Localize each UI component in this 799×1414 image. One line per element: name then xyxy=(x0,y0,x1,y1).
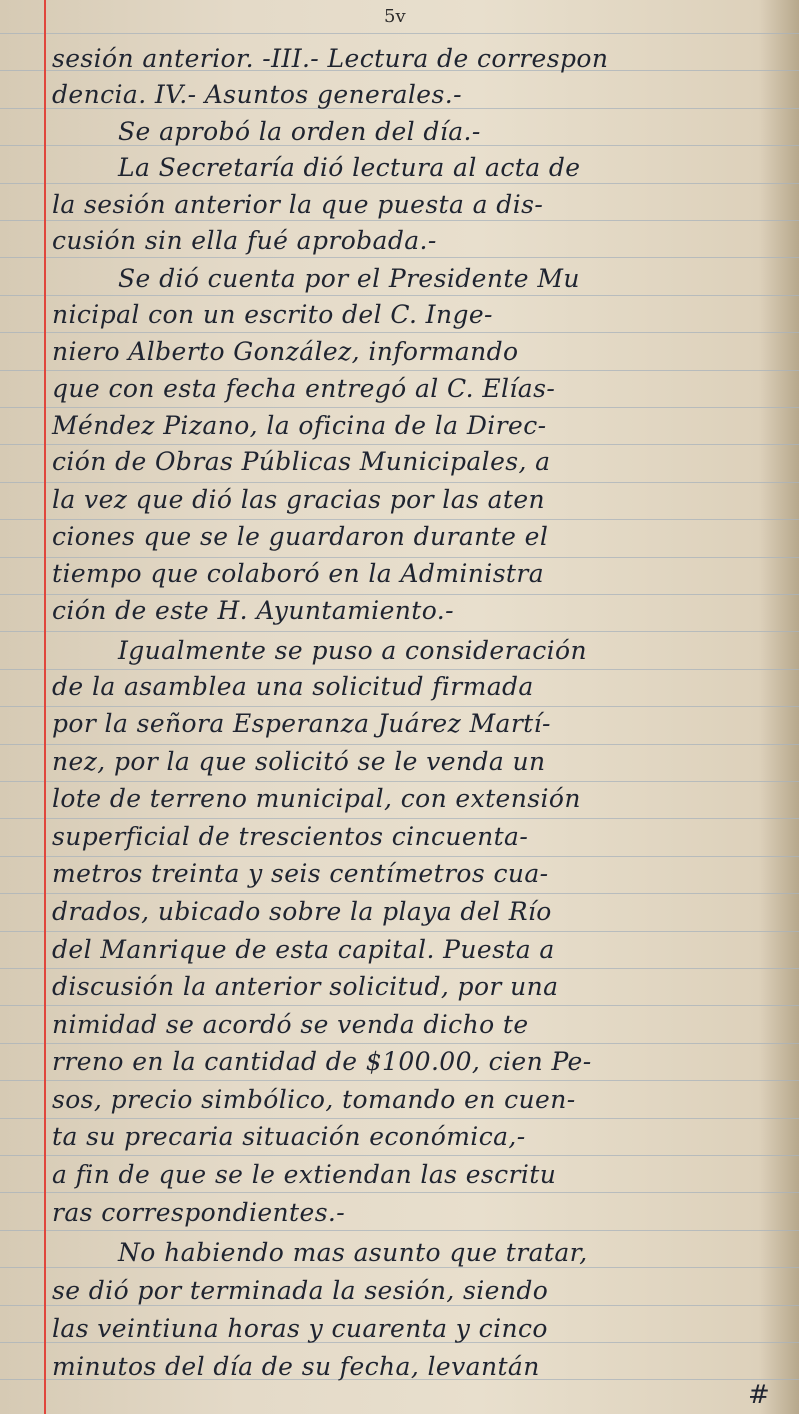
rule-line xyxy=(0,893,799,894)
rule-line xyxy=(0,183,799,184)
text-line: cusión sin ella fué aprobada.- xyxy=(52,226,792,256)
rule-line xyxy=(0,968,799,969)
text-line: sesión anterior. -III.- Lectura de corre… xyxy=(52,44,792,74)
text-line: Méndez Pizano, la oficina de la Direc- xyxy=(52,411,792,441)
red-margin-line xyxy=(44,0,46,1414)
text-line: la sesión anterior la que puesta a dis- xyxy=(52,190,792,220)
rule-line xyxy=(0,519,799,520)
rule-line xyxy=(0,1005,799,1006)
rule-line xyxy=(0,856,799,857)
text-line: lote de terreno municipal, con extensión xyxy=(52,784,792,814)
rule-line xyxy=(0,1080,799,1081)
rule-line xyxy=(0,669,799,670)
text-line: Igualmente se puso a consideración xyxy=(118,636,799,666)
text-line: se dió por terminada la sesión, siendo xyxy=(52,1276,792,1306)
rule-line xyxy=(0,818,799,819)
text-line: a fin de que se le extiendan las escritu xyxy=(52,1160,792,1190)
page-number: 5v xyxy=(384,6,406,27)
text-line: nimidad se acordó se venda dicho te xyxy=(52,1010,792,1040)
text-line: Se dió cuenta por el Presidente Mu xyxy=(118,264,799,294)
text-line: del Manrique de esta capital. Puesta a xyxy=(52,935,792,965)
text-line: rreno en la cantidad de $100.00, cien Pe… xyxy=(52,1047,792,1077)
text-line: No habiendo mas asunto que tratar, xyxy=(118,1238,799,1268)
rule-line xyxy=(0,706,799,707)
notebook-page: 5v sesión anterior. -III.- Lectura de co… xyxy=(0,0,799,1414)
rule-line xyxy=(0,1230,799,1231)
rule-line xyxy=(0,594,799,595)
rule-line xyxy=(0,370,799,371)
rule-line xyxy=(0,631,799,632)
rule-line xyxy=(0,781,799,782)
rule-line xyxy=(0,257,799,258)
rule-line xyxy=(0,482,799,483)
rule-line xyxy=(0,444,799,445)
rule-line xyxy=(0,332,799,333)
text-line: niero Alberto González, informando xyxy=(52,337,792,367)
rule-line xyxy=(0,1192,799,1193)
text-line: que con esta fecha entregó al C. Elías- xyxy=(52,374,792,404)
text-line: ción de Obras Públicas Municipales, a xyxy=(52,447,792,477)
text-line: por la señora Esperanza Juárez Martí- xyxy=(52,709,792,739)
text-line: las veintiuna horas y cuarenta y cinco xyxy=(52,1314,792,1344)
text-line: ta su precaria situación económica,- xyxy=(52,1122,792,1152)
rule-line xyxy=(0,33,799,34)
rule-line xyxy=(0,744,799,745)
rule-line xyxy=(0,1155,799,1156)
rule-line xyxy=(0,220,799,221)
rule-line xyxy=(0,295,799,296)
end-mark: # xyxy=(748,1380,770,1410)
text-line: Se aprobó la orden del día.- xyxy=(118,117,799,147)
text-line: sos, precio simbólico, tomando en cuen- xyxy=(52,1085,792,1115)
rule-line xyxy=(0,407,799,408)
text-line: minutos del día de su fecha, levantán xyxy=(52,1352,792,1382)
text-line: drados, ubicado sobre la playa del Río xyxy=(52,897,792,927)
text-line: nicipal con un escrito del C. Inge- xyxy=(52,300,792,330)
text-line: discusión la anterior solicitud, por una xyxy=(52,972,792,1002)
rule-line xyxy=(0,1118,799,1119)
text-line: de la asamblea una solicitud firmada xyxy=(52,672,792,702)
rule-line xyxy=(0,1043,799,1044)
text-line: ciones que se le guardaron durante el xyxy=(52,522,792,552)
rule-line xyxy=(0,931,799,932)
text-line: nez, por la que solicitó se le venda un xyxy=(52,747,792,777)
rule-line xyxy=(0,557,799,558)
text-line: metros treinta y seis centímetros cua- xyxy=(52,859,792,889)
text-line: ción de este H. Ayuntamiento.- xyxy=(52,596,792,626)
text-line: superficial de trescientos cincuenta- xyxy=(52,822,792,852)
text-line: La Secretaría dió lectura al acta de xyxy=(118,153,799,183)
text-line: tiempo que colaboró en la Administra xyxy=(52,559,792,589)
text-line: la vez que dió las gracias por las aten xyxy=(52,485,792,515)
text-line: dencia. IV.- Asuntos generales.- xyxy=(52,80,792,110)
text-line: ras correspondientes.- xyxy=(52,1198,792,1228)
